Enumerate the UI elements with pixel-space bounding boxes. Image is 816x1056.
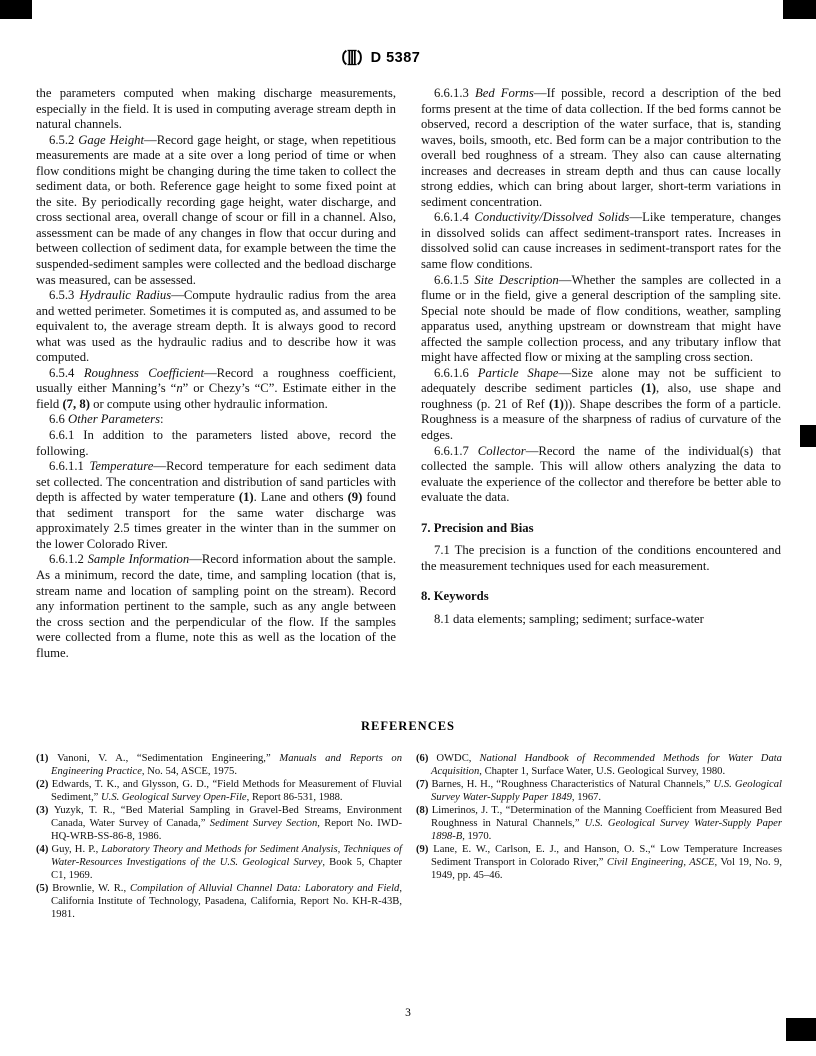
registration-mark-bottom-right: [786, 1018, 816, 1041]
body-paragraph: 6.6.1.2 Sample Information—Record inform…: [36, 552, 396, 661]
body-right-column: 6.6.1.3 Bed Forms—If possible, record a …: [421, 86, 781, 661]
reference-item: (6) OWDC, National Handbook of Recommend…: [416, 752, 782, 778]
reference-number: (5): [36, 883, 52, 894]
registration-mark-top-right: [783, 0, 816, 19]
reference-item: (8) Limerinos, J. T., “Determination of …: [416, 804, 782, 843]
reference-number: (8): [416, 805, 432, 816]
reference-item: (7) Barnes, H. H., “Roughness Characteri…: [416, 778, 782, 804]
document-designation: D 5387: [371, 50, 421, 66]
body-paragraph: 6.5.3 Hydraulic Radius—Compute hydraulic…: [36, 288, 396, 366]
body-paragraph: 6.6.1.6 Particle Shape—Size alone may no…: [421, 366, 781, 444]
body-columns: the parameters computed when making disc…: [36, 86, 782, 661]
body-paragraph: 8.1 data elements; sampling; sediment; s…: [421, 612, 781, 628]
reference-number: (4): [36, 844, 51, 855]
references-right-column: (6) OWDC, National Handbook of Recommend…: [416, 752, 782, 921]
reference-number: (6): [416, 753, 436, 764]
document-page: D 5387 the parameters computed when maki…: [0, 0, 816, 1056]
reference-number: (9): [416, 844, 433, 855]
body-paragraph: 6.5.2 Gage Height—Record gage height, or…: [36, 133, 396, 288]
reference-number: (3): [36, 805, 54, 816]
astm-logo-icon: [340, 49, 364, 66]
page-header: D 5387: [0, 49, 788, 66]
reference-number: (7): [416, 779, 432, 790]
reference-number: (1): [36, 753, 57, 764]
body-paragraph: 6.6.1.3 Bed Forms—If possible, record a …: [421, 86, 781, 210]
page-number: 3: [0, 1007, 816, 1019]
body-paragraph: 6.6.1.5 Site Description—Whether the sam…: [421, 273, 781, 366]
reference-item: (9) Lane, E. W., Carlson, E. J., and Han…: [416, 843, 782, 882]
body-paragraph: the parameters computed when making disc…: [36, 86, 396, 133]
body-left-column: the parameters computed when making disc…: [36, 86, 396, 661]
reference-number: (2): [36, 779, 52, 790]
body-paragraph: 6.6.1.4 Conductivity/Dissolved Solids—Li…: [421, 210, 781, 272]
section-heading: 8. Keywords: [421, 589, 781, 605]
section-heading: 7. Precision and Bias: [421, 521, 781, 537]
body-paragraph: 6.6.1 In addition to the parameters list…: [36, 428, 396, 459]
reference-item: (4) Guy, H. P., Laboratory Theory and Me…: [36, 843, 402, 882]
references-section: (1) Vanoni, V. A., “Sedimentation Engine…: [36, 752, 782, 921]
references-title: REFERENCES: [0, 719, 816, 734]
registration-mark-right-middle: [800, 425, 816, 447]
body-paragraph: 6.5.4 Roughness Coefficient—Record a rou…: [36, 366, 396, 413]
reference-item: (1) Vanoni, V. A., “Sedimentation Engine…: [36, 752, 402, 778]
body-paragraph: 6.6.1.1 Temperature—Record temperature f…: [36, 459, 396, 552]
body-paragraph: 6.6 Other Parameters:: [36, 412, 396, 428]
body-paragraph: 6.6.1.7 Collector—Record the name of the…: [421, 444, 781, 506]
reference-item: (2) Edwards, T. K., and Glysson, G. D., …: [36, 778, 402, 804]
reference-item: (3) Yuzyk, T. R., “Bed Material Sampling…: [36, 804, 402, 843]
reference-item: (5) Brownlie, W. R., Compilation of Allu…: [36, 882, 402, 921]
registration-mark-top-left: [0, 0, 32, 19]
body-paragraph: 7.1 The precision is a function of the c…: [421, 543, 781, 574]
references-left-column: (1) Vanoni, V. A., “Sedimentation Engine…: [36, 752, 402, 921]
